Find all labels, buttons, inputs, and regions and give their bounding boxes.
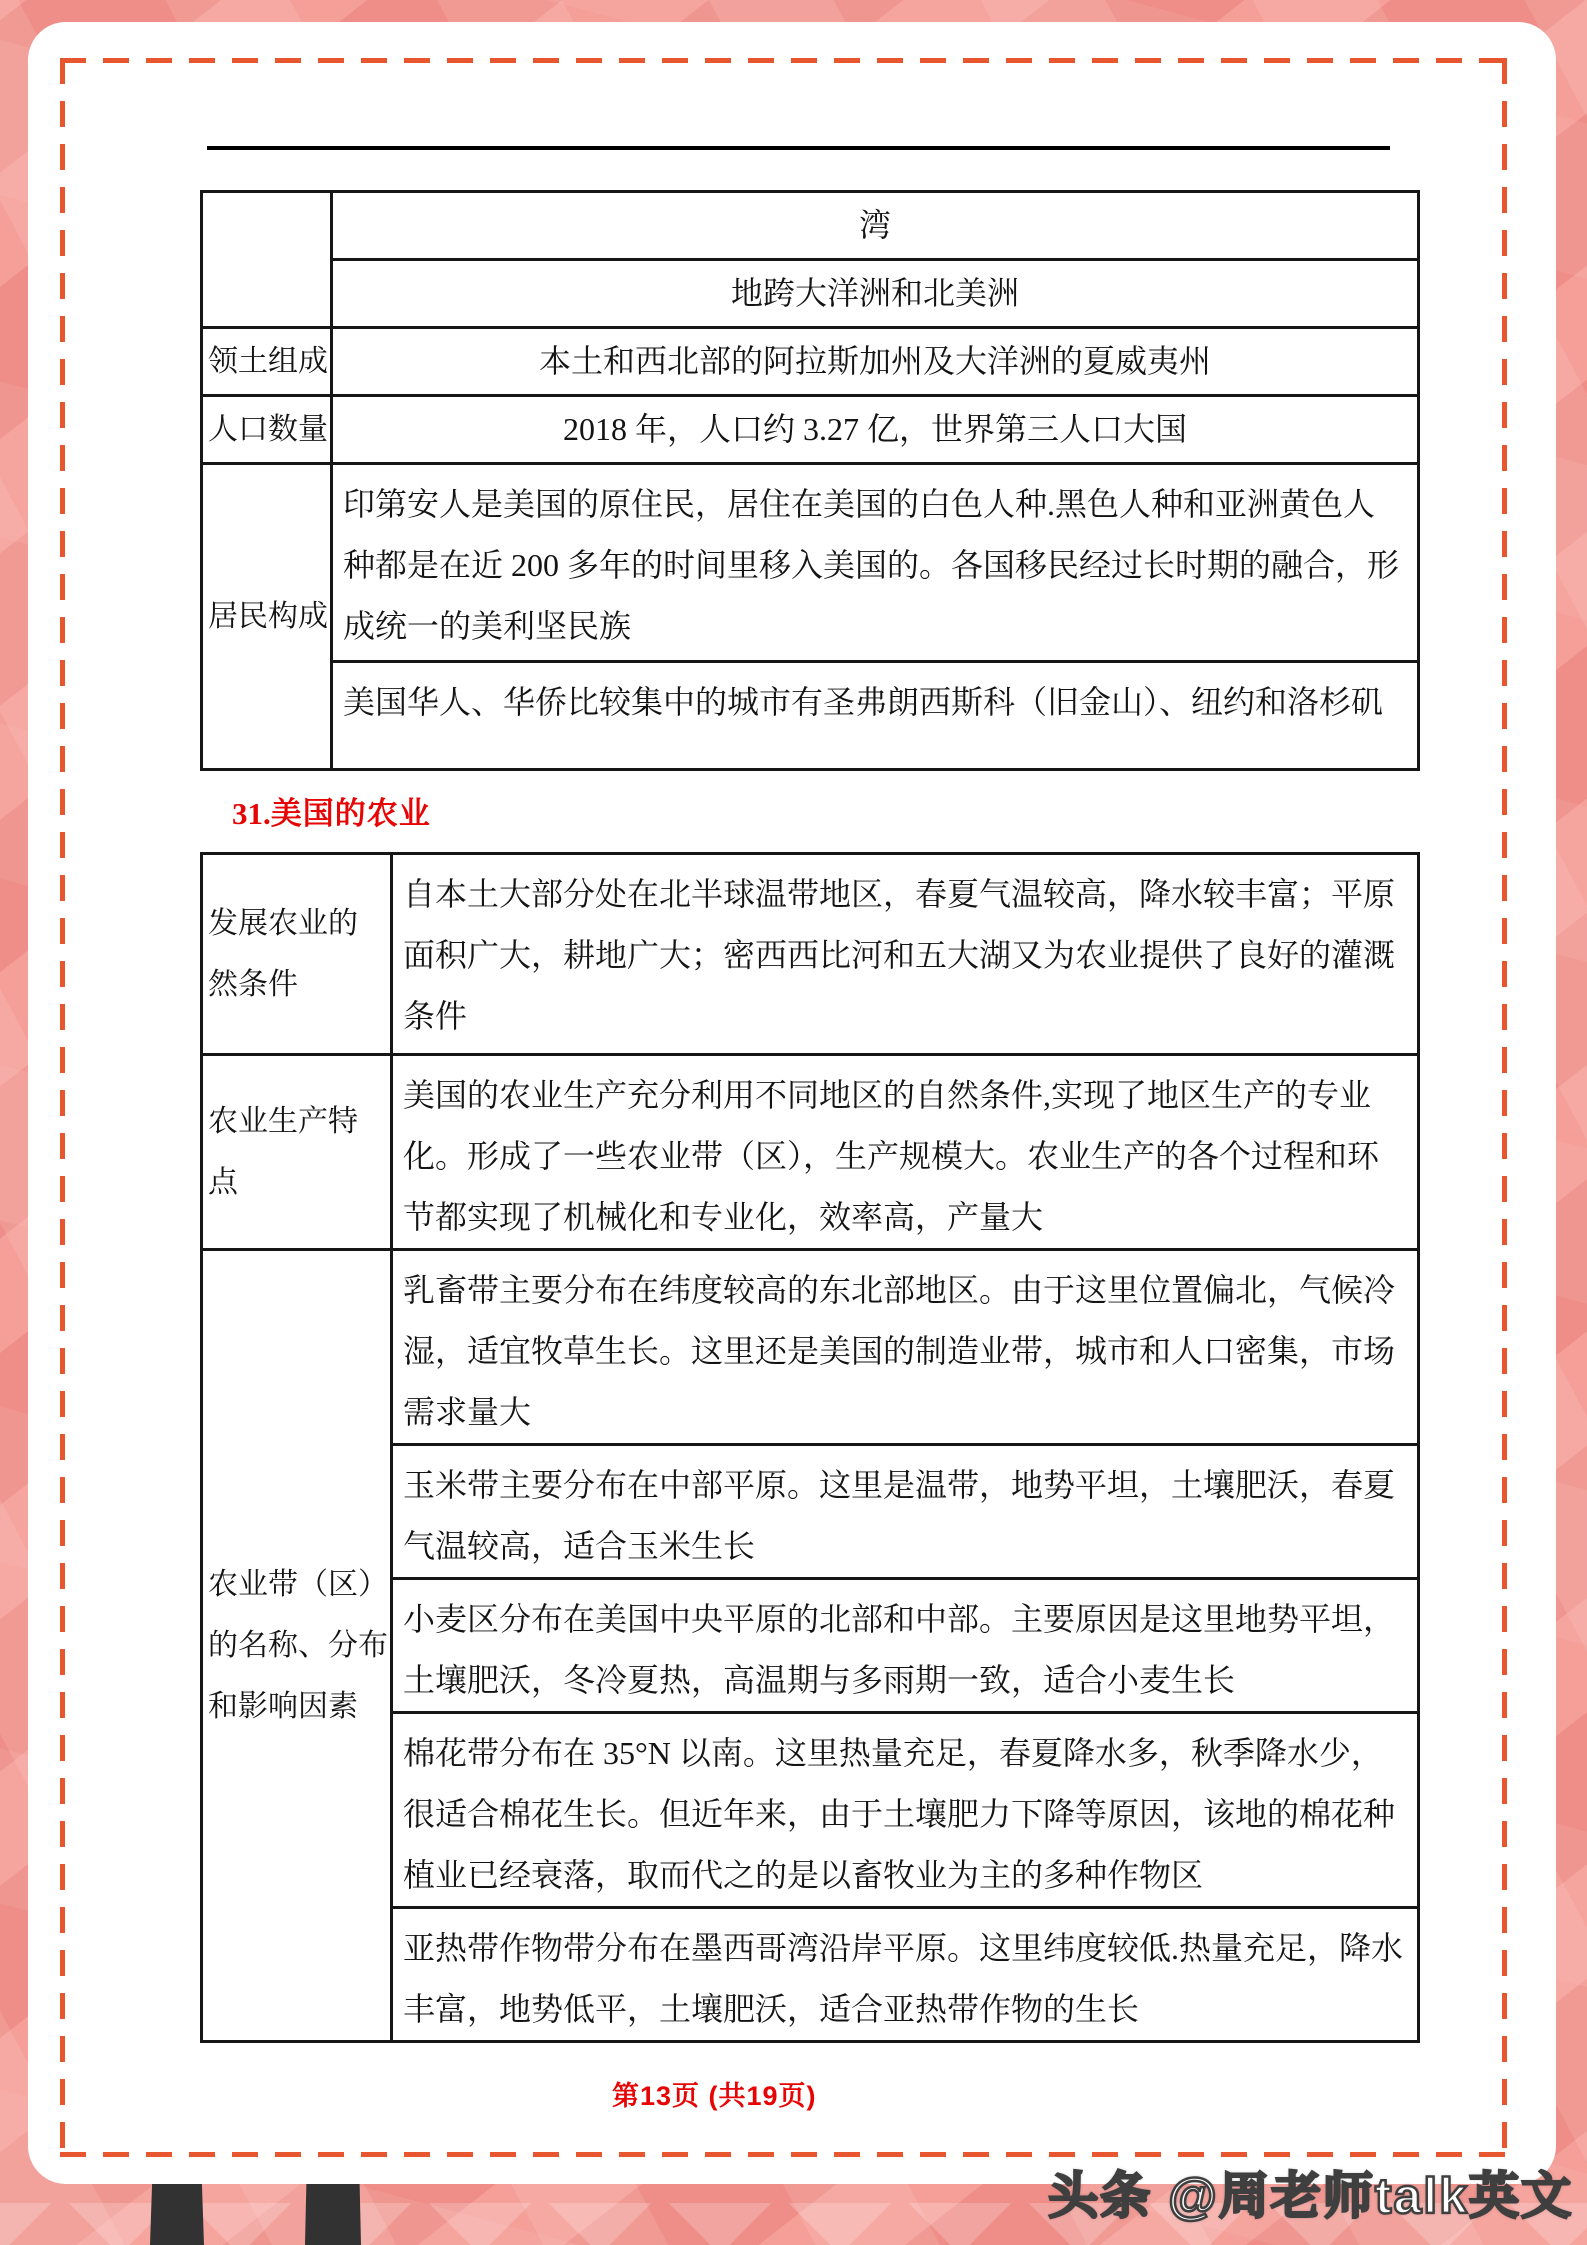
natural-conditions-value-cell: 自本土大部分处在北半球温带地区，春夏气温较高，降水较丰富；平原面积广大，耕地广大…: [392, 854, 1419, 1055]
section-heading: 31.美国的农业: [232, 788, 431, 833]
territory-value-cell: 本土和西北部的阿拉斯加州及大洋洲的夏威夷州: [332, 328, 1419, 396]
population-label-cell: 人口数量: [202, 396, 332, 464]
territory-label-cell: 领土组成: [202, 328, 332, 396]
section-title: 美国的农业: [271, 796, 431, 831]
overview-empty-label-cell: [202, 192, 332, 328]
residents-label-cell: 居民构成: [202, 464, 332, 770]
page-card: 湾 地跨大洋洲和北美洲 领土组成 本土和西北部的阿拉斯加州及大洋洲的夏威夷州 人…: [28, 22, 1556, 2184]
overview-continents-cell: 地跨大洋洲和北美洲: [332, 260, 1419, 328]
belt-cotton-cell: 棉花带分布在 35°N 以南。这里热量充足，春夏降水多，秋季降水少，很适合棉花生…: [392, 1713, 1419, 1908]
document-page: { "page": { "section_heading": { "number…: [0, 0, 1587, 2245]
overview-bay-cell: 湾: [332, 192, 1419, 260]
population-value-cell: 2018 年，人口约 3.27 亿，世界第三人口大国: [332, 396, 1419, 464]
belts-label-cell: 农业带（区） 的名称、分布 和影响因素: [202, 1250, 392, 2042]
us-overview-table: 湾 地跨大洋洲和北美洲 领土组成 本土和西北部的阿拉斯加州及大洋洲的夏威夷州 人…: [200, 190, 1420, 771]
residents-paragraph1-cell: 印第安人是美国的原住民，居住在美国的白色人种.黑色人种和亚洲黄色人种都是在近 2…: [332, 464, 1419, 662]
us-agriculture-table: 发展农业的 然条件 自本土大部分处在北半球温带地区，春夏气温较高，降水较丰富；平…: [200, 852, 1420, 2043]
belt-dairy-cell: 乳畜带主要分布在纬度较高的东北部地区。由于这里位置偏北，气候冷湿，适宜牧草生长。…: [392, 1250, 1419, 1445]
production-features-value-cell: 美国的农业生产充分利用不同地区的自然条件,实现了地区生产的专业化。形成了一些农业…: [392, 1055, 1419, 1250]
watermark-text: 头条 @周老师talk英文: [1048, 2156, 1573, 2228]
natural-conditions-label-cell: 发展农业的 然条件: [202, 854, 392, 1055]
page-number-footer: 第13页 (共19页): [612, 2074, 817, 2113]
section-number: 31.: [232, 796, 271, 831]
residents-paragraph2-cell: 美国华人、华侨比较集中的城市有圣弗朗西斯科（旧金山）、纽约和洛杉矶: [332, 662, 1419, 770]
dashed-border-left: [60, 58, 65, 2157]
header-rule: [207, 146, 1390, 150]
dashed-border-top: [60, 58, 1507, 63]
belt-subtropical-cell: 亚热带作物带分布在墨西哥湾沿岸平原。这里纬度较低.热量充足，降水丰富，地势低平，…: [392, 1908, 1419, 2042]
production-features-label-cell: 农业生产特 点: [202, 1055, 392, 1250]
belt-wheat-cell: 小麦区分布在美国中央平原的北部和中部。主要原因是这里地势平坦，土壤肥沃，冬冷夏热…: [392, 1579, 1419, 1713]
belt-corn-cell: 玉米带主要分布在中部平原。这里是温带，地势平坦，土壤肥沃，春夏气温较高，适合玉米…: [392, 1445, 1419, 1579]
dashed-border-right: [1502, 58, 1507, 2157]
